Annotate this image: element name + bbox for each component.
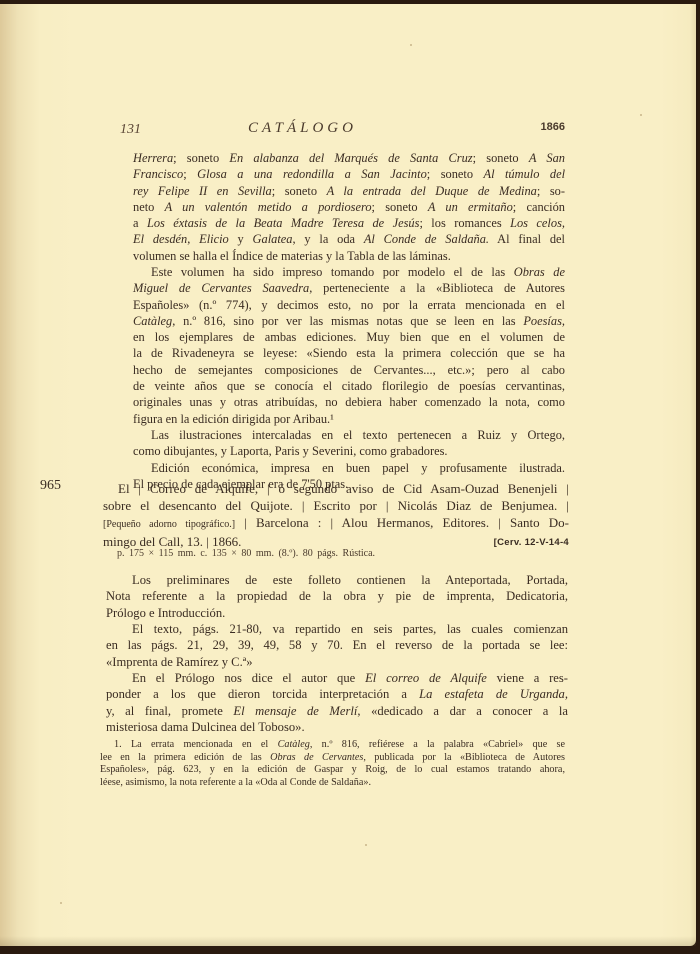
entry-title-line-2: sobre el desencanto del Quijote. | Escri…	[103, 497, 569, 514]
text-line: Catàleg, n.º 816, sino por ver las misma…	[133, 313, 565, 329]
text-run: Edición económica, impresa en buen papel…	[151, 461, 565, 475]
text-line: lee en la primera edición de las Obras d…	[100, 752, 565, 765]
continuation-paragraph-2: Este volumen ha sido impreso tomando por…	[133, 264, 565, 427]
paper-speck	[640, 114, 642, 116]
continuation-paragraph-3: Las ilustraciones intercaladas en el tex…	[133, 427, 565, 460]
imprint-date: mingo del Call, 13. | 1866.	[103, 534, 241, 549]
entry-title-line-1: El | Correo de Alquife, | ó segundo avis…	[103, 480, 569, 497]
italic-title: El correo de Alquife	[365, 671, 487, 685]
italic-title: rey Felipe II en Sevilla	[133, 184, 272, 198]
italic-title: La estafeta de Urganda,	[419, 687, 568, 701]
text-run: ; soneto	[173, 151, 229, 165]
italic-title: Al Conde de Saldaña.	[364, 232, 489, 246]
text-line: de veinte años que se conocía el citado …	[133, 378, 565, 394]
text-run: viene a res-	[487, 671, 568, 685]
page-number: 131	[120, 122, 141, 138]
running-head: 131 CATÁLOGO 1866	[120, 120, 565, 140]
text-run: ;	[183, 167, 197, 181]
italic-title: Obras de Cervantes	[270, 752, 363, 763]
text-line: misteriosa dama Dulcinea del Toboso».	[106, 719, 568, 735]
text-run: originales unas y otras atribuídas, no d…	[133, 395, 565, 409]
text-run: ,	[187, 232, 199, 246]
italic-title: Galatea	[253, 232, 293, 246]
text-line: figura en la edición dirigida por Aribau…	[133, 411, 565, 427]
text-run: en los ejemplares de ambas ediciones. Mu…	[133, 330, 565, 344]
text-run: Españoles», pág. 623, y en la edición de…	[100, 764, 565, 775]
text-run: ponder a los que dieron torcida interpre…	[106, 687, 419, 701]
text-run: Prólogo e Introducción.	[106, 606, 225, 620]
italic-title: A un valentón metido a pordiosero	[165, 200, 372, 214]
entry-number: 965	[40, 478, 61, 494]
text-run: Este volumen ha sido impreso tomando por…	[151, 265, 514, 279]
text-run: ; soneto	[272, 184, 327, 198]
text-run: ; soneto	[427, 167, 484, 181]
paper-speck	[365, 844, 367, 846]
text-line: En el Prólogo nos dice el autor que El c…	[106, 670, 568, 686]
text-run: Españoles» (n.º 774), y decimos esto, no…	[133, 298, 565, 312]
text-line: volumen se halla el Índice de materias y…	[133, 248, 565, 264]
italic-title: Glosa a una redondilla a San Jacinto	[197, 167, 427, 181]
italic-title: Francisco	[133, 167, 183, 181]
text-run: , perteneciente a la «Biblioteca de Auto…	[309, 281, 565, 295]
text-line: ponder a los que dieron torcida interpre…	[106, 686, 568, 702]
text-run: En el Prólogo nos dice el autor que	[132, 671, 365, 685]
text-run: y	[229, 232, 253, 246]
text-line: Prólogo e Introducción.	[106, 605, 568, 621]
text-run: Nota referente a la propiedad de la obra…	[106, 589, 568, 603]
italic-title: Los éxtasis de la Beata Madre Teresa de …	[147, 216, 420, 230]
italic-title: Herrera	[133, 151, 173, 165]
italic-title: Poesías,	[523, 314, 565, 328]
imprint-text: | Barcelona : | Alou Hermanos, Editores.…	[235, 515, 569, 530]
text-line: Los preliminares de este folleto contien…	[106, 572, 568, 588]
text-run: lee en la primera edición de las	[100, 752, 270, 763]
text-line: Las ilustraciones intercaladas en el tex…	[133, 427, 565, 443]
text-run: misteriosa dama Dulcinea del Toboso».	[106, 720, 305, 734]
text-run: «Imprenta de Ramírez y C.ª»	[106, 655, 253, 669]
italic-title: Catàleg	[133, 314, 172, 328]
description-paragraph-3: En el Prólogo nos dice el autor que El c…	[106, 670, 568, 736]
text-run: la de Rivadeneyra se leyese: «Siendo est…	[133, 346, 565, 360]
text-run: ; soneto	[372, 200, 428, 214]
text-line: El texto, págs. 21-80, va repartido en s…	[106, 621, 568, 637]
text-run: Las ilustraciones intercaladas en el tex…	[151, 428, 565, 442]
text-line: la de Rivadeneyra se leyese: «Siendo est…	[133, 345, 565, 361]
text-run: , «dedicado a dar a conocer a la	[357, 704, 568, 718]
text-run: El texto, págs. 21-80, va repartido en s…	[132, 622, 568, 636]
running-year: 1866	[541, 121, 565, 133]
italic-title: Miguel de Cervantes Saavedra	[133, 281, 309, 295]
description-paragraph-1: Los preliminares de este folleto contien…	[106, 572, 568, 621]
text-line: El desdén, Elicio y Galatea, y la oda Al…	[133, 231, 565, 247]
text-run: , publicada por la «Biblioteca de Autore…	[363, 752, 565, 763]
text-run: a	[133, 216, 147, 230]
text-line: «Imprenta de Ramírez y C.ª»	[106, 654, 568, 670]
text-run: neto	[133, 200, 165, 214]
text-run: de veinte años que se conocía el citado …	[133, 379, 565, 393]
italic-title: Al túmulo del	[484, 167, 566, 181]
text-line: y, al final, promete El mensaje de Merlí…	[106, 703, 568, 719]
text-line: originales unas y otras atribuídas, no d…	[133, 394, 565, 410]
text-run: , n.º 816, refiérese a la palabra «Cabri…	[310, 739, 565, 750]
text-run: , n.º 816, sino por ver las mismas notas…	[172, 314, 523, 328]
italic-title: El mensaje de Merlí	[233, 704, 357, 718]
text-run: ; soneto	[473, 151, 529, 165]
text-line: Herrera; soneto En alabanza del Marqués …	[133, 150, 565, 166]
ornament-note: [Pequeño adorno tipográfico.]	[103, 519, 235, 530]
text-run: 1. La errata mencionada en el	[114, 739, 278, 750]
description-paragraph-2: El texto, págs. 21-80, va repartido en s…	[106, 621, 568, 670]
text-run: figura en la edición dirigida por Aribau…	[133, 412, 334, 426]
paper-speck	[410, 44, 412, 46]
text-run: ; los romances	[419, 216, 510, 230]
text-line: rey Felipe II en Sevilla; soneto A la en…	[133, 183, 565, 199]
continuation-paragraph-1: Herrera; soneto En alabanza del Marqués …	[133, 150, 565, 264]
italic-title: Elicio	[199, 232, 229, 246]
text-line: como dibujantes, y Laporta, Paris y Seve…	[133, 443, 565, 459]
text-line: a Los éxtasis de la Beata Madre Teresa d…	[133, 215, 565, 231]
text-line: en los ejemplares de ambas ediciones. Mu…	[133, 329, 565, 345]
italic-title: Obras de	[514, 265, 565, 279]
italic-title: Catàleg	[278, 739, 310, 750]
text-run: léese, asimismo, la nota referente a la …	[100, 777, 371, 788]
italic-title: Los celos,	[510, 216, 565, 230]
italic-title: A un ermitaño	[428, 200, 513, 214]
italic-title: A San	[529, 151, 565, 165]
text-run: ; canción	[513, 200, 565, 214]
entry-title-line-3: [Pequeño adorno tipográfico.] | Barcelon…	[103, 514, 569, 533]
text-line: Este volumen ha sido impreso tomando por…	[133, 264, 565, 280]
text-line: Edición económica, impresa en buen papel…	[133, 460, 565, 476]
running-title: CATÁLOGO	[248, 120, 357, 137]
text-line: Españoles» (n.º 774), y decimos esto, no…	[133, 297, 565, 313]
text-run: volumen se halla el Índice de materias y…	[133, 249, 451, 263]
footnote: 1. La errata mencionada en el Catàleg, n…	[100, 739, 565, 789]
text-line: Francisco; Glosa a una redondilla a San …	[133, 166, 565, 182]
text-line: Miguel de Cervantes Saavedra, pertenecie…	[133, 280, 565, 296]
text-line: Nota referente a la propiedad de la obra…	[106, 588, 568, 604]
text-line: 1. La errata mencionada en el Catàleg, n…	[100, 739, 565, 752]
text-run: Los preliminares de este folleto contien…	[132, 573, 568, 587]
text-run: ; so-	[537, 184, 565, 198]
text-run: como dibujantes, y Laporta, Paris y Seve…	[133, 444, 448, 458]
book-page: 131 CATÁLOGO 1866 Herrera; soneto En ala…	[0, 4, 696, 946]
paper-speck	[60, 902, 62, 904]
text-run: Al final del	[489, 232, 565, 246]
italic-title: El desdén	[133, 232, 187, 246]
text-line: léese, asimismo, la nota referente a la …	[100, 777, 565, 790]
text-line: hecho de semejantes composiciones de Cer…	[133, 362, 565, 378]
text-line: Españoles», pág. 623, y en la edición de…	[100, 764, 565, 777]
text-line: neto A un valentón metido a pordiosero; …	[133, 199, 565, 215]
physical-description: p. 175 × 115 mm. c. 135 × 80 mm. (8.º). …	[117, 548, 375, 559]
text-run: , y la oda	[292, 232, 363, 246]
text-line: en las págs. 21, 29, 39, 49, 58 y 70. En…	[106, 637, 568, 653]
text-run: y, al final, promete	[106, 704, 233, 718]
text-run: en las págs. 21, 29, 39, 49, 58 y 70. En…	[106, 638, 568, 652]
entry-title-block: El | Correo de Alquife, | ó segundo avis…	[103, 480, 569, 550]
italic-title: A la entrada del Duque de Medina	[327, 184, 537, 198]
text-run: hecho de semejantes composiciones de Cer…	[133, 363, 565, 377]
shelfmark: [Cerv. 12-V-14-4	[494, 534, 569, 551]
italic-title: En alabanza del Marqués de Santa Cruz	[229, 151, 472, 165]
